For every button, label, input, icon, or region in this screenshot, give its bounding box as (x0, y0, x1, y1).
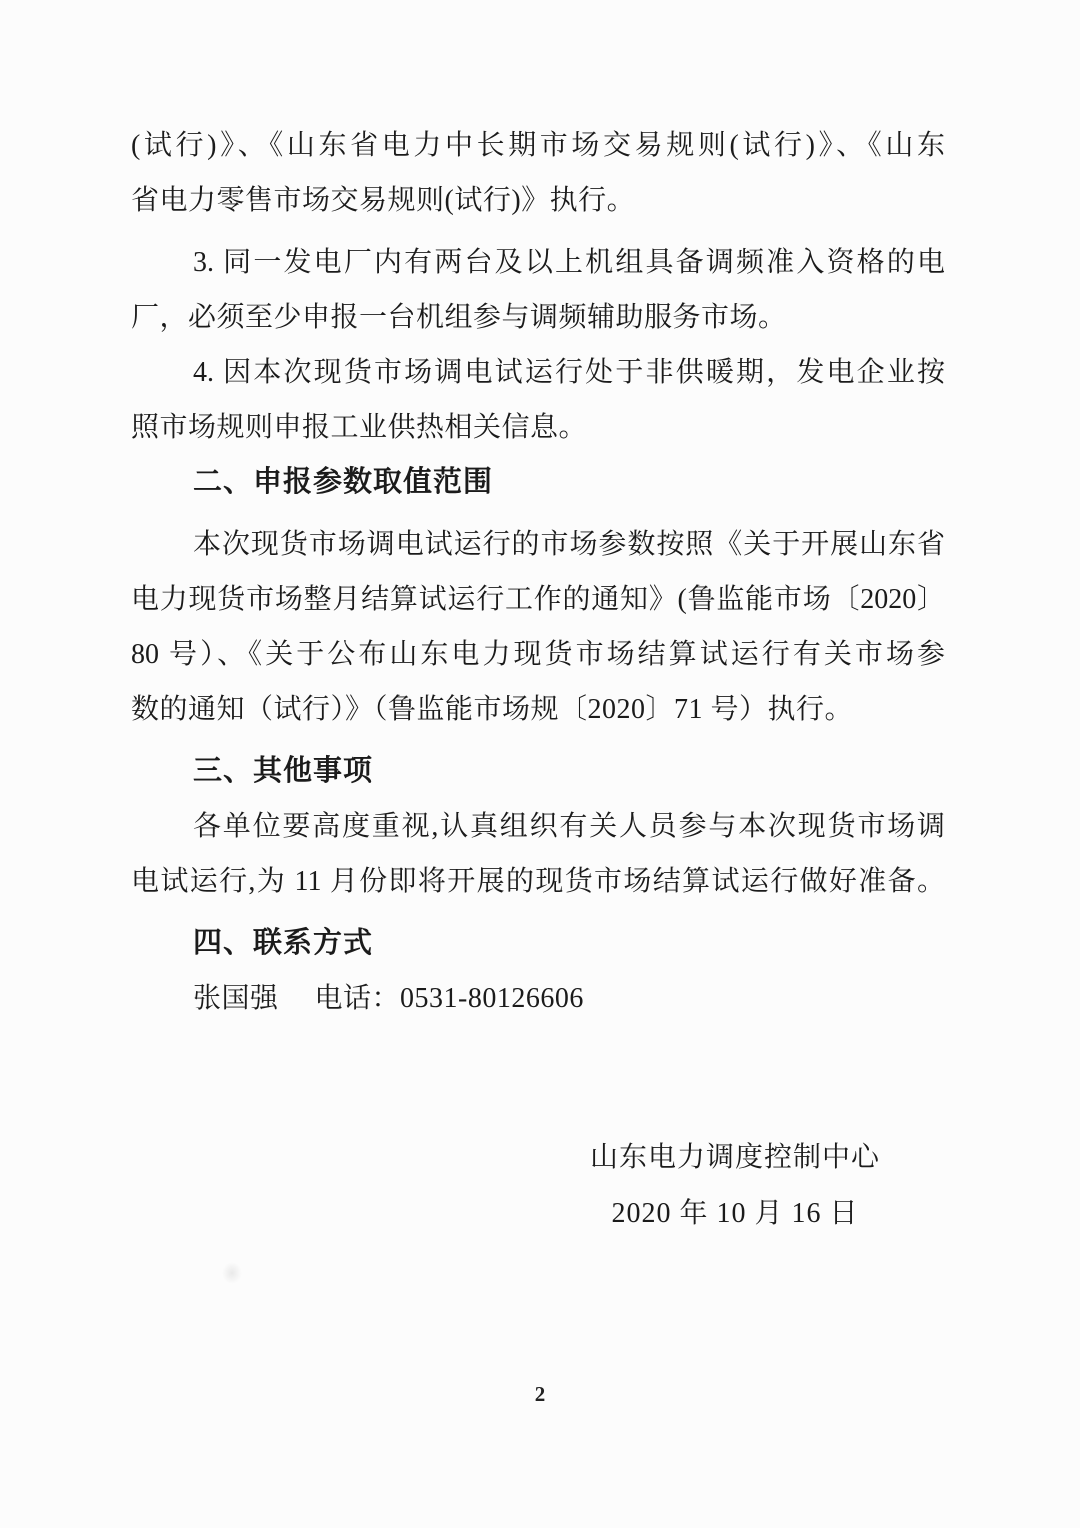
body-line: 本次现货市场调电试运行的市场参数按照《关于开展山东省 (131, 517, 945, 572)
body-line: 各单位要高度重视,认真组织有关人员参与本次现货市场调 (131, 799, 945, 854)
document-body: (试行)》、《山东省电力中长期市场交易规则(试行)》、《山东 省电力零售市场交易… (131, 118, 945, 1026)
body-line: 80 号）、《关于公布山东电力现货市场结算试运行有关市场参 (131, 627, 945, 682)
signature-block: 山东电力调度控制中心 2020 年 10 月 16 日 (560, 1130, 910, 1242)
document-page: (试行)》、《山东省电力中长期市场交易规则(试行)》、《山东 省电力零售市场交易… (0, 0, 1080, 1528)
body-line: 数的通知（试行）》（鲁监能市场规〔2020〕71 号）执行。 (131, 682, 945, 737)
section-heading-4: 四、联系方式 (131, 916, 945, 971)
signature-date: 2020 年 10 月 16 日 (560, 1186, 910, 1242)
page-number: 2 (0, 1382, 1080, 1407)
section-heading-2: 二、申报参数取值范围 (131, 455, 945, 510)
body-line: 照市场规则申报工业供热相关信息。 (131, 400, 945, 455)
numbered-item: 4. 因本次现货市场调电试运行处于非供暖期，发电企业按 (131, 345, 945, 400)
body-line: 电试运行,为 11 月份即将开展的现货市场结算试运行做好准备。 (131, 854, 945, 909)
section-heading-3: 三、其他事项 (131, 744, 945, 799)
body-line: 厂，必须至少申报一台机组参与调频辅助服务市场。 (131, 290, 945, 345)
scan-speck (222, 1262, 242, 1284)
signature-org: 山东电力调度控制中心 (560, 1130, 910, 1186)
numbered-item: 3. 同一发电厂内有两台及以上机组具备调频准入资格的电 (131, 235, 945, 290)
body-line: 电力现货市场整月结算试运行工作的通知》(鲁监能市场〔2020〕 (131, 572, 945, 627)
body-line: (试行)》、《山东省电力中长期市场交易规则(试行)》、《山东 (131, 118, 945, 173)
body-line: 省电力零售市场交易规则(试行)》执行。 (131, 173, 945, 228)
contact-line: 张国强 电话：0531-80126606 (131, 971, 945, 1026)
